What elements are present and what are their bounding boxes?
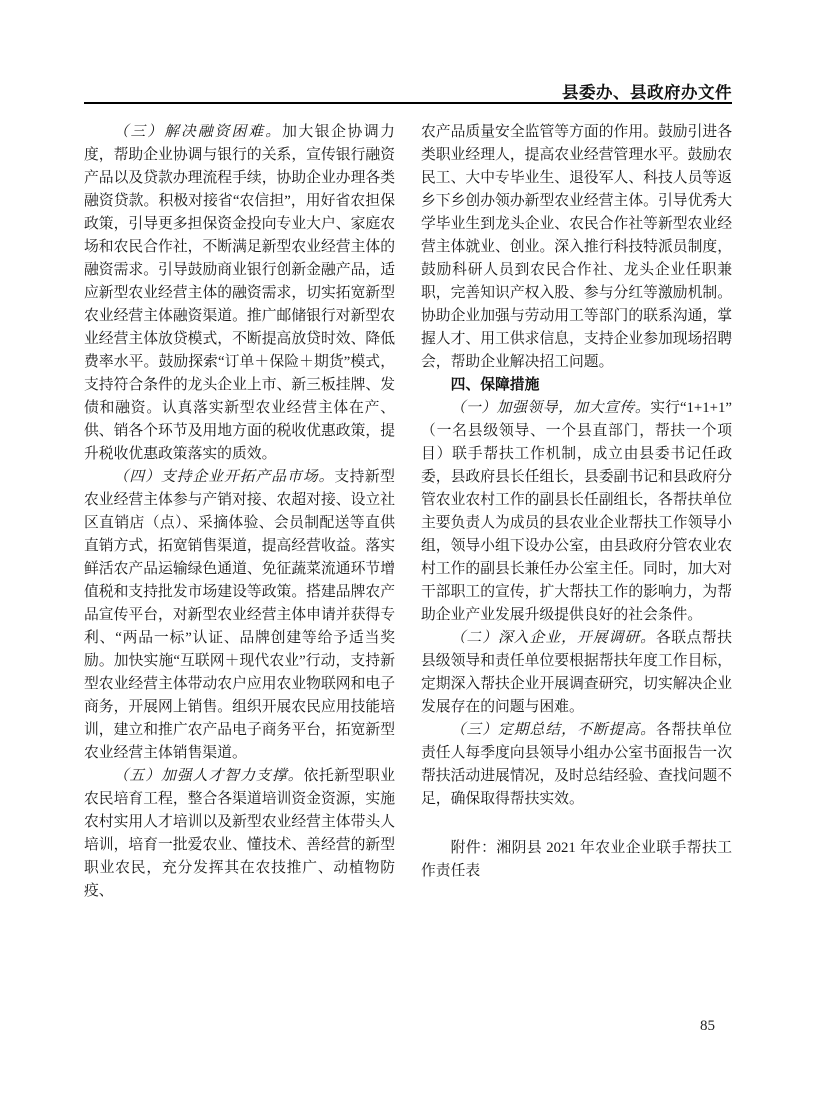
paragraph-lead: （五）加强人才智力支撑。 xyxy=(114,768,304,784)
right-column: 农产品质量安全监管等方面的作用。鼓励引进各类职业经理人，提高农业经营管理水平。鼓… xyxy=(421,121,732,903)
paragraph-lead: （四）支持企业开拓产品市场。 xyxy=(114,469,335,485)
paragraph-lead: （三）解决融资困难。 xyxy=(114,124,283,140)
paragraph-body: 依托新型职业农民培育工程，整合各渠道培训资金资源，实施农村实用人才培训以及新型农… xyxy=(84,768,395,899)
paragraph-lead: （一）加强领导，加大宣传。 xyxy=(451,400,651,416)
paragraph-financing-difficulties: （三）解决融资困难。加大银企协调力度，帮助企业协调与银行的关系，宣传银行融资产品… xyxy=(84,121,395,466)
paragraph-talent-support-continued: 农产品质量安全监管等方面的作用。鼓励引进各类职业经理人，提高农业经营管理水平。鼓… xyxy=(421,121,732,374)
paragraph-lead: （二）深入企业，开展调研。 xyxy=(451,630,656,646)
header-rule xyxy=(84,102,732,104)
paragraph-periodic-summary: （三）定期总结，不断提高。各帮扶单位责任人每季度向县领导小组办公室书面报告一次帮… xyxy=(421,719,732,811)
paragraph-enterprise-research: （二）深入企业，开展调研。各联点帮扶县级领导和责任单位要根据帮扶年度工作目标，定… xyxy=(421,627,732,719)
section-heading-safeguards: 四、保障措施 xyxy=(421,374,732,397)
paragraph-market-expansion: （四）支持企业开拓产品市场。支持新型农业经营主体参与产销对接、农超对接、设立社区… xyxy=(84,466,395,765)
paragraph-strengthen-leadership: （一）加强领导，加大宣传。实行“1+1+1”（一名县级领导、一个县直部门，帮扶一… xyxy=(421,397,732,627)
paragraph-body: 实行“1+1+1”（一名县级领导、一个县直部门，帮扶一个项目）联手帮扶工作机制，… xyxy=(421,400,732,623)
page-number: 85 xyxy=(700,1018,715,1035)
document-page: 县委办、县政府办文件 （三）解决融资困难。加大银企协调力度，帮助企业协调与银行的… xyxy=(0,0,816,1099)
paragraph-lead: （三）定期总结，不断提高。 xyxy=(451,722,656,738)
left-column: （三）解决融资困难。加大银企协调力度，帮助企业协调与银行的关系，宣传银行融资产品… xyxy=(84,121,395,903)
paragraph-body: 加大银企协调力度，帮助企业协调与银行的关系，宣传银行融资产品以及贷款办理流程手续… xyxy=(84,124,395,462)
attachment-note: 附件：湘阴县 2021 年农业企业联手帮扶工作责任表 xyxy=(421,837,732,883)
paragraph-body: 支持新型农业经营主体参与产销对接、农超对接、设立社区直销店（点）、采摘体验、会员… xyxy=(84,469,395,761)
paragraph-talent-support: （五）加强人才智力支撑。依托新型职业农民培育工程，整合各渠道培训资金资源，实施农… xyxy=(84,765,395,903)
header-title: 县委办、县政府办文件 xyxy=(562,79,732,103)
document-body: （三）解决融资困难。加大银企协调力度，帮助企业协调与银行的关系，宣传银行融资产品… xyxy=(84,121,732,903)
